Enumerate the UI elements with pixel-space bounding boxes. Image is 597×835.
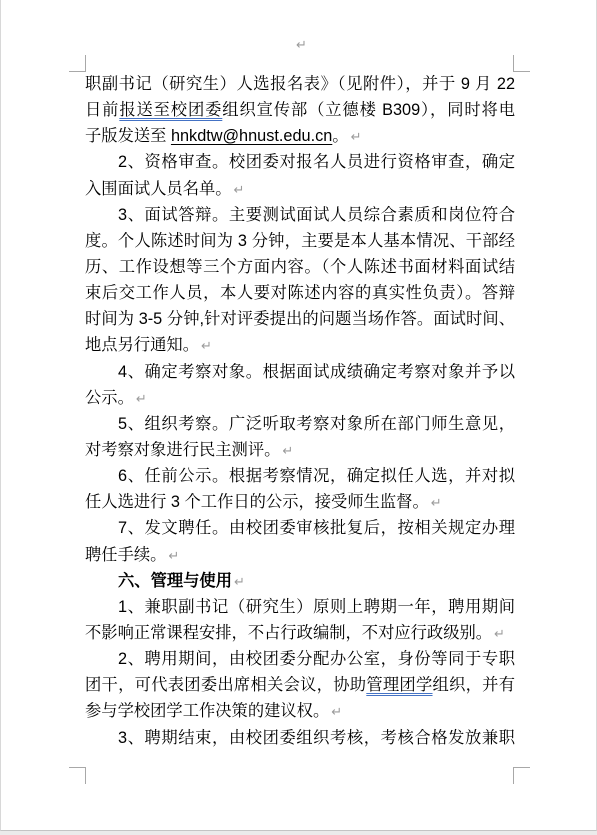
text-boundary-mark-bottom-right: [513, 767, 530, 784]
text-run: 4、确定考察对象。根据面试成绩确定考察对象并予以: [118, 363, 515, 381]
email-text: hnkdtw@hnust.edu.cn: [171, 127, 332, 145]
text-line: 历、工作设想等三个方面内容。（个人陈述书面材料面试结: [85, 254, 515, 280]
text-line: 度。个人陈述时间为 3 分钟，主要是本人基本情况、干部经: [85, 228, 515, 254]
paragraph-return-mark: ↵: [429, 495, 442, 510]
text-line: 2、聘用期间，由校团委分配办公室，身份等同于专职: [85, 646, 515, 672]
text-line: 六、管理与使用↵: [85, 568, 515, 594]
text-run: 历、工作设想等三个方面内容。（个人陈述书面材料面试结: [85, 258, 515, 276]
text-run: 2、聘用期间，由校团委分配办公室，身份等同于专职: [118, 650, 515, 668]
text-run: 不影响正常课程安排，不占行政编制，不对应行政级别。: [85, 624, 492, 642]
text-run: 子版发送至: [85, 127, 171, 145]
text-line: 职副书记（研究生）人选报名表》（见附件），并于 9 月 22: [85, 71, 515, 97]
paragraph-return-mark: ↵: [232, 574, 245, 589]
text-run: 组织，并有: [433, 676, 515, 694]
text-line: 3、聘期结束，由校团委组织考核，考核合格发放兼职: [85, 725, 515, 751]
text-line: 公示。↵: [85, 385, 515, 411]
text-run: 束后交工作人员，本人要对陈述内容的真实性负责）。答辩: [85, 284, 515, 302]
paragraph-return-mark: ↵: [349, 129, 362, 144]
paragraph-return-mark: ↵: [134, 391, 147, 406]
text-run: 7、发文聘任。由校团委审核批复后，按相关规定办理: [118, 519, 515, 537]
section-heading: 六、管理与使用: [118, 572, 232, 590]
text-line: 3、面试答辩。主要测试面试人员综合素质和岗位符合: [85, 202, 515, 228]
text-run: 2、资格审查。校团委对报名人员进行资格审查，确定: [118, 153, 515, 171]
blue-double-underline-text: 管理团学: [366, 676, 432, 694]
text-run: 公示。: [85, 389, 134, 407]
text-line: 参与学校团学工作决策的建议权。↵: [85, 698, 515, 724]
document-page[interactable]: ↵ 职副书记（研究生）人选报名表》（见附件），并于 9 月 22日前报送至校团委…: [0, 0, 597, 831]
paragraph-return-mark: ↵: [492, 626, 505, 641]
text-line: 2、资格审查。校团委对报名人员进行资格审查，确定: [85, 149, 515, 175]
text-line: 对考察对象进行民主测评。↵: [85, 437, 515, 463]
text-line: 不影响正常课程安排，不占行政编制，不对应行政级别。↵: [85, 620, 515, 646]
text-run: 1、兼职副书记（研究生）原则上聘期一年，聘用期间: [118, 598, 515, 616]
text-line: 聘任手续。↵: [85, 542, 515, 568]
text-run: 3、面试答辩。主要测试面试人员综合素质和岗位符合: [118, 206, 515, 224]
text-run: 聘任手续。: [85, 546, 166, 564]
text-line: 时间为 3-5 分钟,针对评委提出的问题当场作答。面试时间、: [85, 306, 515, 332]
text-line: 任人选进行 3 个工作日的公示，接受师生监督。↵: [85, 489, 515, 515]
text-boundary-mark-top-right: [513, 55, 530, 72]
text-line: 6、任前公示。根据考察情况，确定拟任人选，并对拟: [85, 463, 515, 489]
page-gap: [0, 831, 597, 835]
text-run: 地点另行通知。: [85, 336, 199, 354]
text-run: 组织宣传部（立德楼 B309），同时将电: [222, 101, 515, 119]
text-line: 地点另行通知。↵: [85, 332, 515, 358]
text-line: 入围面试人员名单。↵: [85, 176, 515, 202]
text-run: 任人选进行 3 个工作日的公示，接受师生监督。: [85, 493, 429, 511]
text-run: 日前: [85, 101, 119, 119]
text-line: 团干，可代表团委出席相关会议，协助管理团学组织，并有: [85, 672, 515, 698]
text-run: 时间为 3-5 分钟,针对评委提出的问题当场作答。面试时间、: [85, 310, 515, 328]
text-line: 子版发送至 hnkdtw@hnust.edu.cn。↵: [85, 123, 515, 149]
paragraph-return-mark: ↵: [280, 443, 293, 458]
paragraph-return-mark: ↵: [232, 182, 245, 197]
text-line: 5、组织考察。广泛听取考察对象所在部门师生意见，: [85, 411, 515, 437]
text-run: 6、任前公示。根据考察情况，确定拟任人选，并对拟: [118, 467, 515, 485]
text-run: 职副书记（研究生）人选报名表》（见附件），并于 9 月 22: [85, 75, 515, 93]
text-boundary-mark-bottom-left: [69, 767, 86, 784]
text-area[interactable]: 职副书记（研究生）人选报名表》（见附件），并于 9 月 22日前报送至校团委组织…: [85, 71, 515, 751]
text-run: 对考察对象进行民主测评。: [85, 441, 280, 459]
text-line: 4、确定考察对象。根据面试成绩确定考察对象并予以: [85, 359, 515, 385]
paragraph-return-mark: ↵: [199, 338, 212, 353]
text-run: 。: [332, 127, 348, 145]
text-line: 束后交工作人员，本人要对陈述内容的真实性负责）。答辩: [85, 280, 515, 306]
blue-double-underline-text: 报送至校团委: [119, 101, 222, 119]
paragraph-return-mark: ↵: [166, 548, 179, 563]
text-run: 团干，可代表团委出席相关会议，协助: [85, 676, 366, 694]
text-run: 3、聘期结束，由校团委组织考核，考核合格发放兼职: [118, 729, 515, 747]
text-run: 度。个人陈述时间为 3 分钟，主要是本人基本情况、干部经: [85, 232, 515, 250]
text-line: 7、发文聘任。由校团委审核批复后，按相关规定办理: [85, 515, 515, 541]
paragraph-return-mark: ↵: [296, 38, 307, 52]
paragraph-return-mark: ↵: [329, 704, 342, 719]
text-boundary-mark-top-left: [69, 55, 86, 72]
text-run: 参与学校团学工作决策的建议权。: [85, 702, 329, 720]
text-line: 日前报送至校团委组织宣传部（立德楼 B309），同时将电: [85, 97, 515, 123]
text-run: 入围面试人员名单。: [85, 180, 232, 198]
text-run: 5、组织考察。广泛听取考察对象所在部门师生意见，: [118, 415, 515, 433]
text-line: 1、兼职副书记（研究生）原则上聘期一年，聘用期间: [85, 594, 515, 620]
